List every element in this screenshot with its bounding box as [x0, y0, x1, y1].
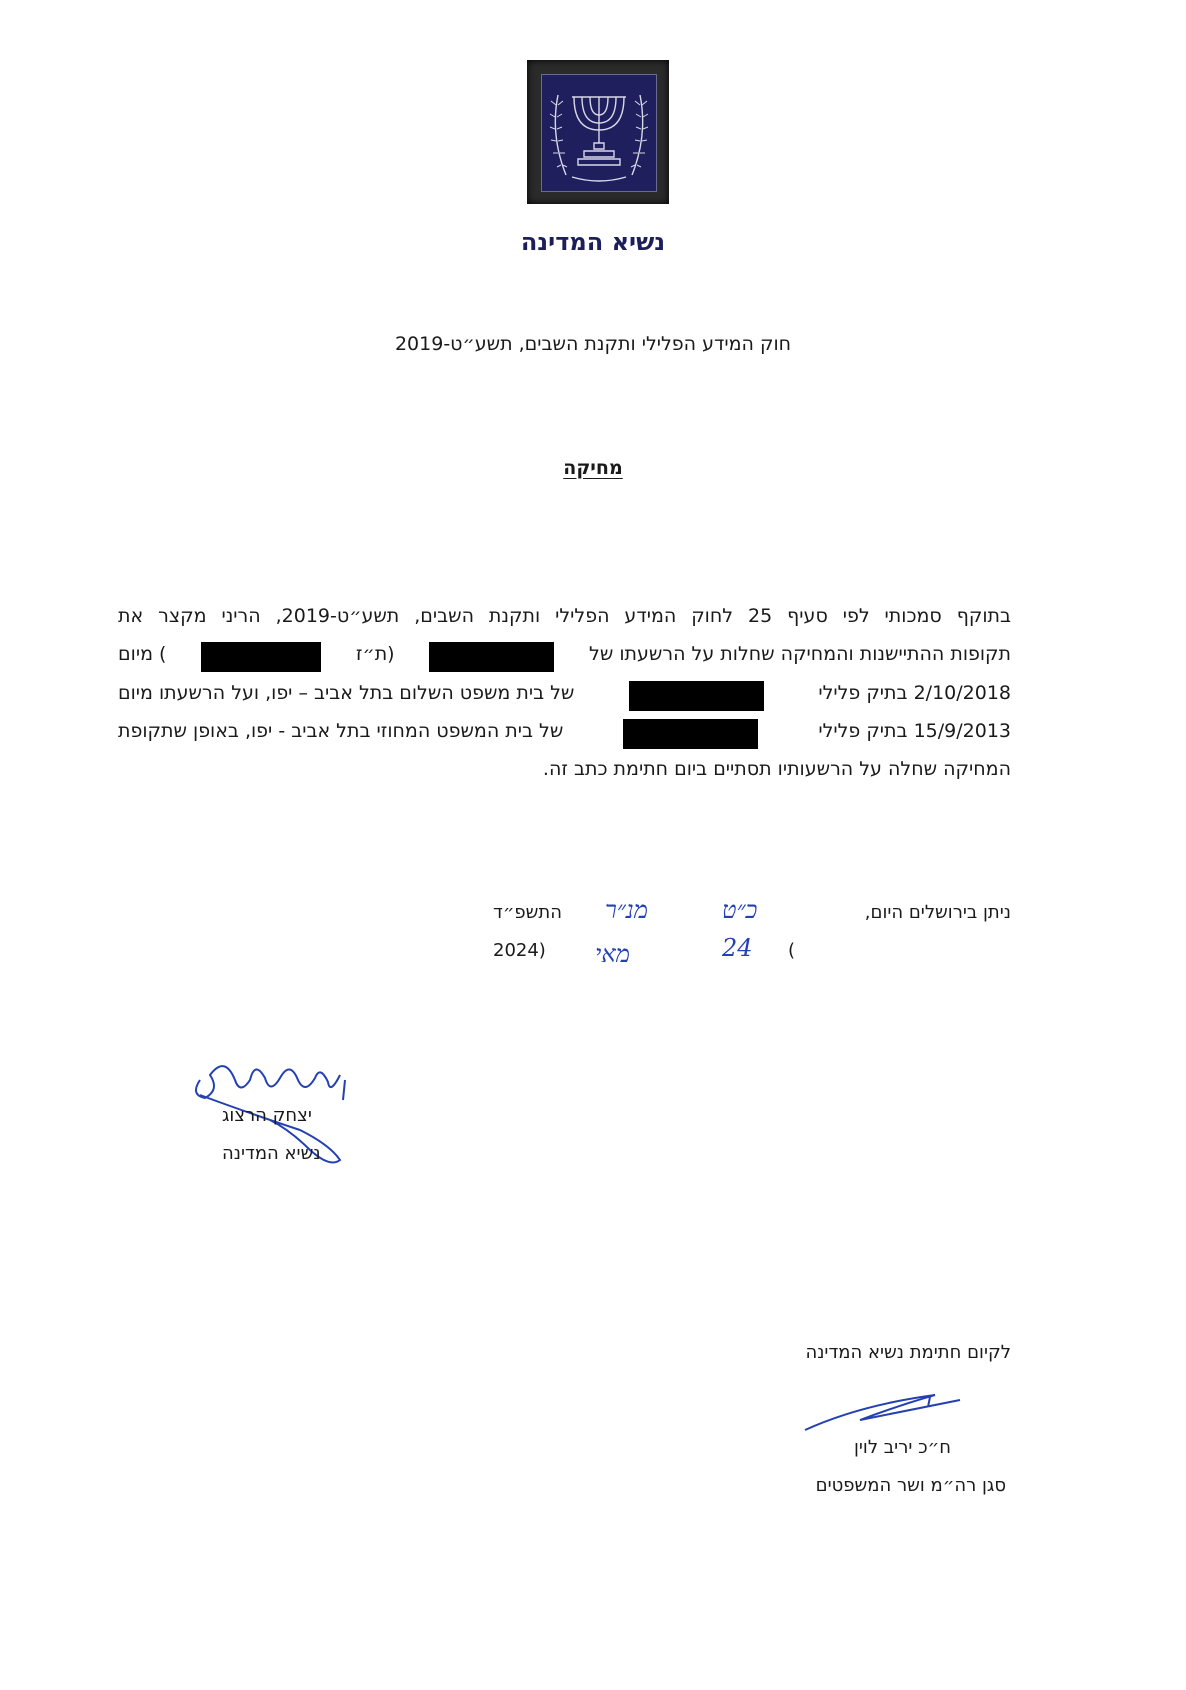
law-reference: חוק המידע הפלילי ותקנת השבים, תשע״ט-2019 — [0, 333, 1186, 355]
paragraph-text: (ת״ז — [356, 642, 395, 672]
paragraph-line-1: בתוקף סמכותי לפי סעיף 25 לחוק המידע הפלי… — [118, 604, 1011, 628]
president-name: יצחק הרצוג — [222, 1105, 312, 1126]
office-title: נשיא המדינה — [0, 228, 1186, 256]
paragraph-text: בתוקף סמכותי לפי סעיף 25 לחוק המידע הפלי… — [118, 605, 1011, 627]
paragraph-text: תקופות ההתיישנות והמחיקה שחלות על הרשעתו… — [589, 642, 1011, 672]
paren-open: ( — [788, 940, 795, 961]
handwritten-hebrew-day: כ״ט — [722, 896, 757, 925]
hebrew-year: התשפ״ד — [493, 902, 562, 923]
paragraph-text: 15/9/2013 בתיק פלילי — [818, 719, 1011, 749]
paragraph-line-2: תקופות ההתיישנות והמחיקה שחלות על הרשעתו… — [118, 642, 1011, 672]
paragraph-text: של בית משפט השלום בתל אביב – יפו, ועל הר… — [118, 681, 574, 711]
minister-title: סגן רה״מ ושר המשפטים — [816, 1475, 1006, 1496]
redacted-id-number — [201, 642, 321, 672]
countersignature-heading: לקיום חתימת נשיא המדינה — [805, 1342, 1011, 1363]
gregorian-year: 2024) — [493, 940, 546, 961]
minister-signature-icon — [800, 1385, 970, 1435]
handwritten-gregorian-day: 24 — [722, 934, 753, 962]
paragraph-line-4: 15/9/2013 בתיק פלילי של בית המשפט המחוזי… — [118, 719, 1011, 749]
minister-name: ח״כ יריב לוין — [854, 1437, 951, 1458]
paragraph-text: המחיקה שחלה על הרשעותיו תסתיים ביום חתימ… — [543, 758, 1011, 780]
redacted-case-number — [629, 681, 764, 711]
paragraph-line-5: המחיקה שחלה על הרשעותיו תסתיים ביום חתימ… — [543, 757, 1011, 781]
redacted-name — [429, 642, 554, 672]
document-heading: מחיקה — [0, 457, 1186, 479]
given-in-jerusalem-label: ניתן בירושלים היום, — [865, 902, 1011, 923]
menorah-icon — [541, 74, 657, 192]
president-title: נשיא המדינה — [222, 1143, 321, 1164]
paragraph-line-3: 2/10/2018 בתיק פלילי של בית משפט השלום ב… — [118, 681, 1011, 711]
state-emblem — [527, 60, 669, 204]
paragraph-text: 2/10/2018 בתיק פלילי — [818, 681, 1011, 711]
redacted-case-number — [623, 719, 758, 749]
paragraph-text: ) מיום — [118, 642, 166, 672]
handwritten-gregorian-month: מאי — [595, 940, 630, 969]
paragraph-text: של בית המשפט המחוזי בתל אביב - יפו, באופ… — [118, 719, 563, 749]
handwritten-hebrew-month: מנ״ר — [605, 896, 648, 925]
